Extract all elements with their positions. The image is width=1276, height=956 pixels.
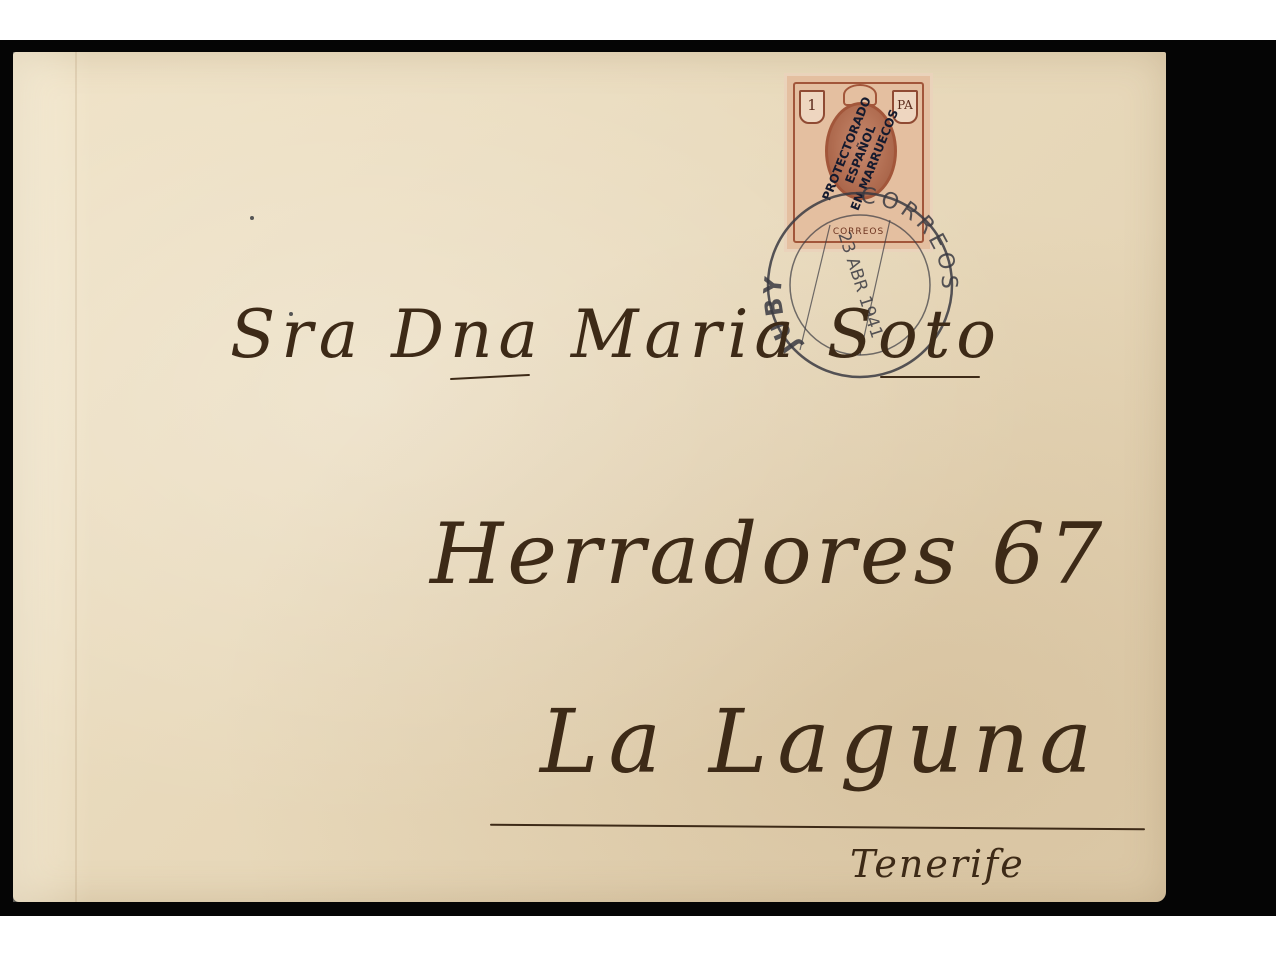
- ink-dot: [289, 312, 293, 316]
- address-recipient: Sra Dna Maria Soto: [230, 296, 1002, 373]
- ink-dot: [250, 216, 254, 220]
- address-city: La Laguna: [540, 690, 1102, 793]
- envelope-fold: [75, 52, 77, 902]
- stamp-value: 1: [799, 90, 825, 124]
- address-street: Herradores 67: [430, 505, 1106, 603]
- address-island: Tenerife: [850, 842, 1025, 886]
- postmark-ring-right: CORREOS: [859, 185, 960, 293]
- pen-stroke: [880, 376, 980, 378]
